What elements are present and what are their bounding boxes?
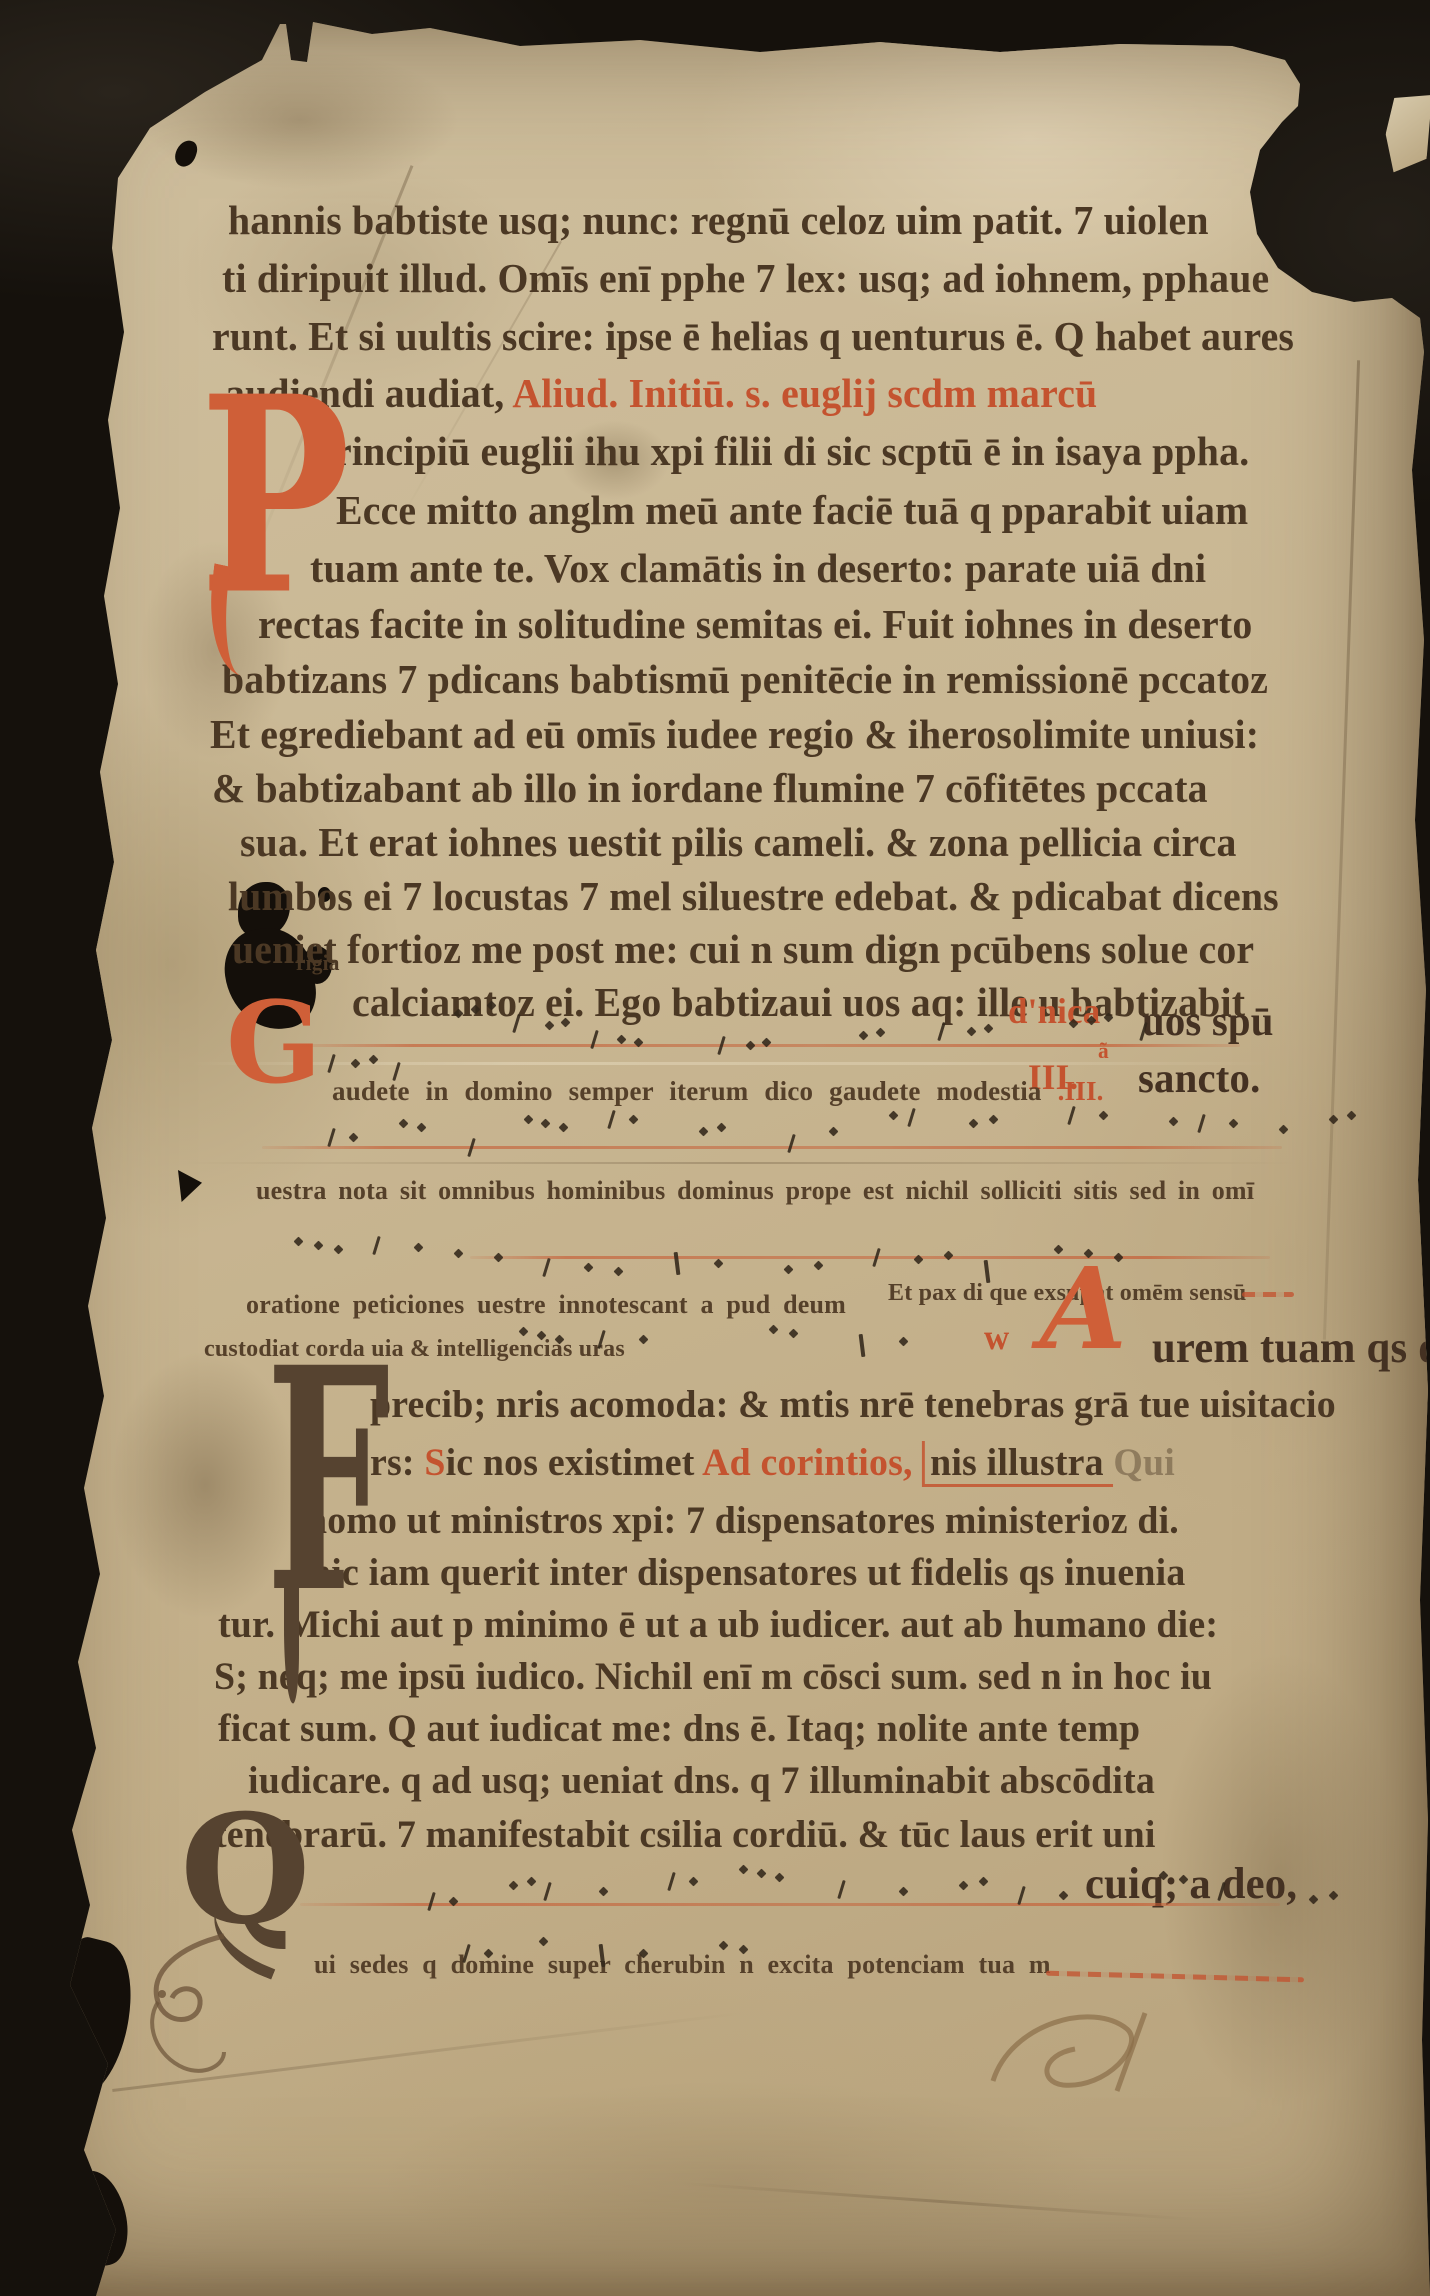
gospel-interline-gloss-segment: rigia	[296, 950, 340, 975]
epistle-line-1: rs: Sic nos existimet Ad corintios, nis …	[370, 1440, 1175, 1485]
rubricated-line-filler	[1242, 1292, 1294, 1297]
collect-line-2: precib; nris acomoda: & mtis nrē tenebra…	[370, 1382, 1336, 1427]
gospel-line-9-segment: babtizans 7 pdicans babtismū penitēcie i…	[222, 656, 1268, 702]
gospel-line-6-segment: Ecce mitto anglm meū ante faciē tuā q pp…	[336, 487, 1248, 533]
collect-line-2-segment: precib; nris acomoda: & mtis nrē tenebra…	[370, 1383, 1336, 1426]
gospel-line-12: sua. Et erat iohnes uestit pilis cameli.…	[240, 818, 1237, 866]
gospel-line-4: audiendi audiat, Aliud. Initiū. s. eugli…	[225, 369, 1097, 417]
gospel-line-2-segment: ti diripuit illud. Omīs enī pphe 7 lex: …	[222, 255, 1269, 301]
red-ornament: w	[984, 1316, 1009, 1358]
gospel-line-6: Ecce mitto anglm meū ante faciē tuā q pp…	[336, 486, 1248, 534]
epistle-line-7-segment: iudicare. q ad usq; ueniat dns. q 7 illu…	[248, 1759, 1155, 1802]
epistle-line-3-segment: hic iam querit inter dispensatores ut fi…	[310, 1551, 1185, 1594]
epistle-line-7: iudicare. q ad usq; ueniat dns. q 7 illu…	[248, 1758, 1155, 1803]
chant-staff-line-3	[470, 1256, 1270, 1259]
gospel-line-13: lumbos ei 7 locustas 7 mel siluestre ede…	[228, 872, 1279, 920]
chant-staff-line-1	[300, 1044, 1240, 1047]
epistle-line-8: tenebrarū. 7 manifestabit csilia cordiū.…	[214, 1812, 1156, 1857]
gospel-line-8: rectas facite in solitudine semitas ei. …	[258, 600, 1252, 648]
gospel-line-3: runt. Et si uultis scire: ipse ē helias …	[212, 312, 1294, 360]
epistle-line-1-segment: S	[424, 1441, 445, 1484]
gospel-interline-gloss: rigia	[296, 950, 340, 976]
rubric-dominica-segment: d'nica	[1008, 991, 1100, 1031]
gospel-line-13-segment: lumbos ei 7 locustas 7 mel siluestre ede…	[228, 873, 1279, 919]
gospel-line-10: Et egrediebant ad eū omīs iudee regio & …	[210, 710, 1259, 758]
gospel-line-11-segment: & babtizabant ab illo in iordane flumine…	[212, 765, 1208, 811]
collect-aurem: urem tuam qs dnē	[1152, 1322, 1430, 1373]
introit-text-1-segment: .III.	[1058, 1076, 1104, 1106]
epistle-line-2: homo ut ministros xpi: 7 dispensatores m…	[306, 1498, 1179, 1543]
initial-F-penwork: F	[266, 1364, 390, 1603]
gospel-line-5: rincipiū euglii ihu xpi filii di sic scp…	[334, 427, 1249, 475]
introit-text-1: audete in domino semper iterum dico gaud…	[332, 1076, 1104, 1107]
q-initial-flourish	[128, 1928, 268, 2088]
epistle-line-1-segment: nis illustra	[922, 1441, 1113, 1487]
chant-staff-line-2	[262, 1146, 1282, 1149]
epistle-line-1-segment: Ad corintios,	[702, 1441, 922, 1484]
epistle-line-6: ficat sum. Q aut iudicat me: dns ē. Itaq…	[218, 1706, 1140, 1751]
epistle-line-1-segment: Qui	[1113, 1441, 1175, 1484]
gospel-line-1: hannis babtiste usq; nunc: regnū celoz u…	[228, 196, 1209, 244]
gospel-line-16b-segment: sancto.	[1138, 1056, 1260, 1102]
red-ornament-segment: w	[984, 1317, 1009, 1357]
epistle-line-9: cuiq; a deo,	[1085, 1858, 1297, 1909]
epistle-line-3: hic iam querit inter dispensatores ut fi…	[310, 1550, 1185, 1595]
gospel-line-7-segment: tuam ante te. Vox clamātis in deserto: p…	[310, 545, 1206, 591]
gospel-line-14-segment: ueniet fortioz me post me: cui n sum dig…	[232, 926, 1254, 972]
epistle-line-1-segment: ic nos existimet	[446, 1441, 703, 1484]
epistle-line-6-segment: ficat sum. Q aut iudicat me: dns ē. Itaq…	[218, 1707, 1140, 1750]
gospel-line-14: ueniet fortioz me post me: cui n sum dig…	[232, 925, 1254, 973]
collect-aurem-segment: urem tuam qs dnē	[1152, 1323, 1430, 1372]
gospel-line-1-segment: hannis babtiste usq; nunc: regnū celoz u…	[228, 197, 1209, 243]
gospel-line-4-segment: Aliud. Initiū. s. euglij scdm marcū	[512, 370, 1097, 416]
gospel-line-9: babtizans 7 pdicans babtismū penitēcie i…	[222, 655, 1268, 703]
gospel-line-11: & babtizabant ab illo in iordane flumine…	[212, 764, 1208, 812]
introit-text-2: uestra nota sit omnibus hominibus dominu…	[256, 1176, 1254, 1206]
gospel-line-8-segment: rectas facite in solitudine semitas ei. …	[258, 601, 1252, 647]
gospel-line-16a: uos spū	[1142, 998, 1274, 1046]
gospel-line-16a-segment: uos spū	[1142, 999, 1274, 1045]
epistle-line-2-segment: homo ut ministros xpi: 7 dispensatores m…	[306, 1499, 1179, 1542]
gospel-line-12-segment: sua. Et erat iohnes uestit pilis cameli.…	[240, 819, 1237, 865]
gospel-line-2: ti diripuit illud. Omīs enī pphe 7 lex: …	[222, 254, 1269, 302]
torn-parchment-flap	[1381, 89, 1430, 176]
chant-staff-line-4	[300, 1903, 1280, 1906]
initial-P-red: P	[200, 392, 350, 603]
gospel-line-10-segment: Et egrediebant ad eū omīs iudee regio & …	[210, 711, 1259, 757]
introit-text-1-segment: audete in domino semper iterum dico gaud…	[332, 1076, 1058, 1106]
gospel-line-7: tuam ante te. Vox clamātis in deserto: p…	[310, 544, 1206, 592]
rubric-dominica: d'nica	[1008, 990, 1100, 1032]
epistle-line-9-segment: cuiq; a deo,	[1085, 1859, 1297, 1908]
introit-text-2-segment: uestra nota sit omnibus hominibus dominu…	[256, 1176, 1254, 1205]
initial-A-red: A	[1040, 1266, 1127, 1353]
rubric-a-sup-segment: ã	[1098, 1038, 1109, 1063]
epistle-line-8-segment: tenebrarū. 7 manifestabit csilia cordiū.…	[214, 1813, 1156, 1856]
pen-trial-scribble	[975, 1995, 1165, 2110]
gradual-text-segment: ui sedes q domine super cherubin n excit…	[314, 1950, 1051, 1979]
photo-background: hannis babtiste usq; nunc: regnū celoz u…	[0, 0, 1430, 2296]
gospel-line-16b: sancto.	[1138, 1055, 1260, 1103]
rubric-a-sup: ã	[1098, 1038, 1109, 1064]
initial-F-penwork-stem	[284, 1578, 299, 1704]
initial-Q-penwork: Q	[180, 1812, 311, 1929]
gospel-line-5-segment: rincipiū euglii ihu xpi filii di sic scp…	[334, 428, 1249, 474]
gospel-line-3-segment: runt. Et si uultis scire: ipse ē helias …	[212, 313, 1294, 359]
manuscript-page: hannis babtiste usq; nunc: regnū celoz u…	[0, 0, 1430, 2296]
gradual-text: ui sedes q domine super cherubin n excit…	[314, 1950, 1051, 1980]
